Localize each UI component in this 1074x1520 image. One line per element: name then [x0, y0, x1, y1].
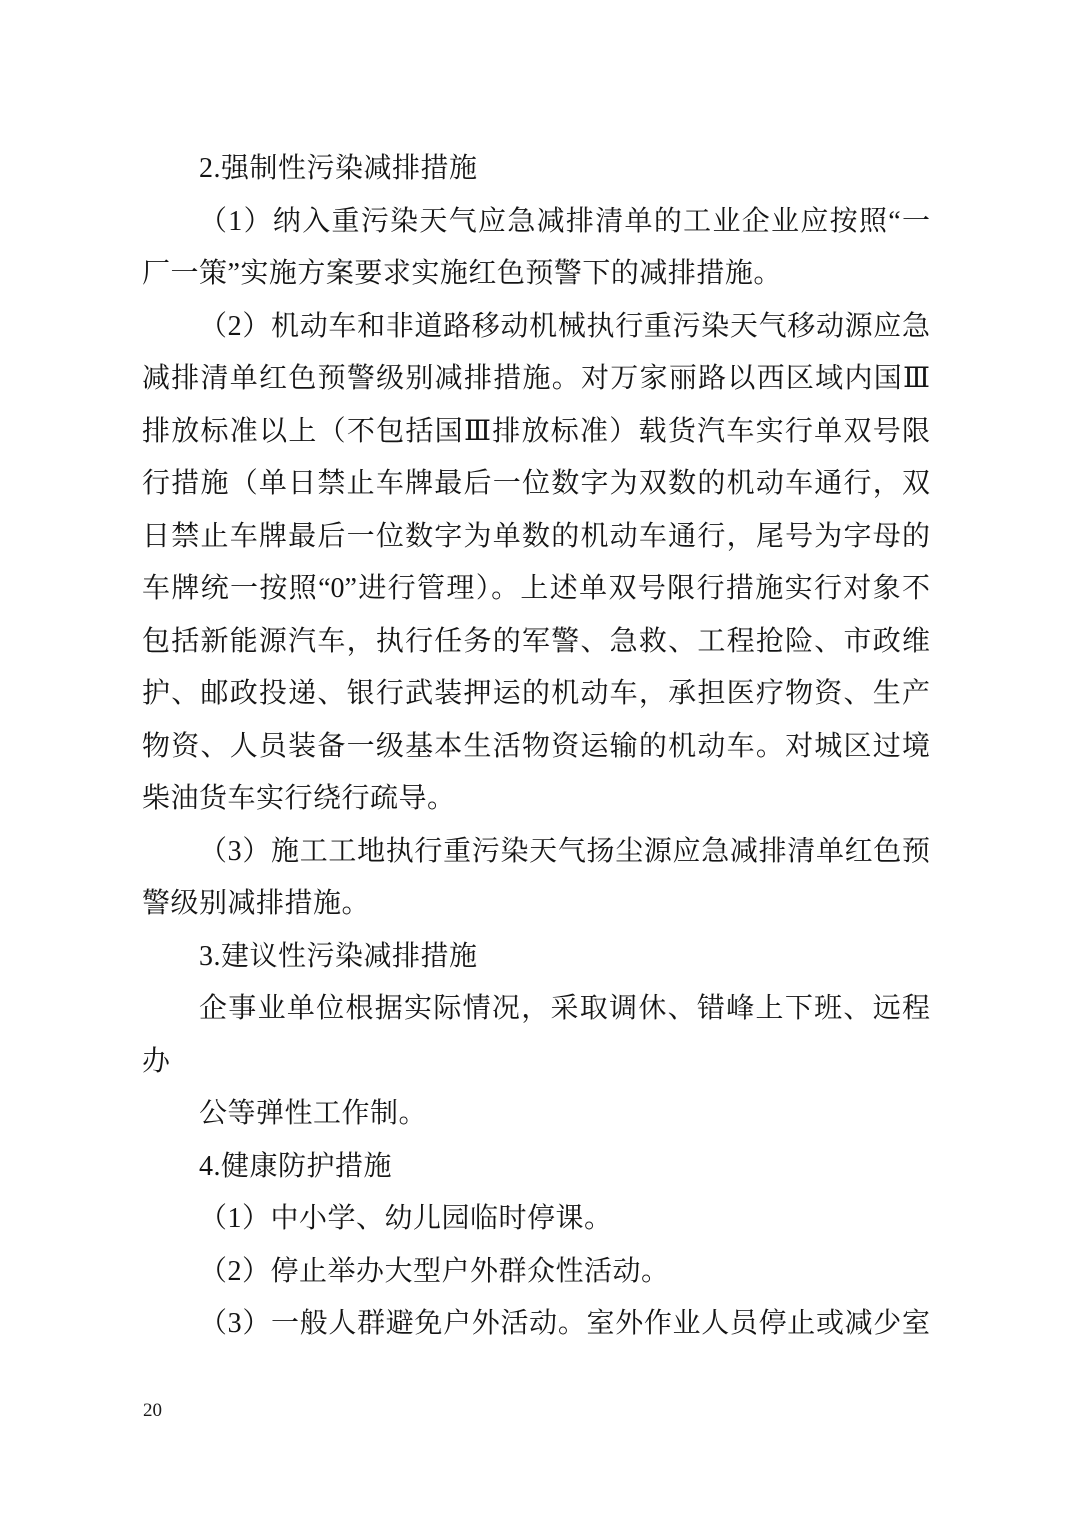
- text-line: （2）机动车和非道路移动机械执行重污染天气移动源应急: [142, 301, 930, 354]
- text-line: 办: [142, 1036, 930, 1089]
- text-line: 车牌统一按照“0”进行管理）。上述单双号限行措施实行对象不: [142, 563, 930, 616]
- text-line: 减排清单红色预警级别减排措施。对万家丽路以西区域内国Ⅲ: [142, 353, 930, 406]
- document-page: 2.强制性污染减排措施 （1）纳入重污染天气应急减排清单的工业企业应按照“一 厂…: [0, 0, 1074, 1520]
- text-line: 警级别减排措施。: [142, 878, 930, 931]
- text-line: 物资、人员装备一级基本生活物资运输的机动车。对城区过境: [142, 721, 930, 774]
- text-line: 柴油货车实行绕行疏导。: [142, 773, 930, 826]
- text-line: 日禁止车牌最后一位数字为单数的机动车通行，尾号为字母的: [142, 511, 930, 564]
- text-line: 4.健康防护措施: [142, 1141, 930, 1194]
- text-line: 公等弹性工作制。: [142, 1088, 930, 1141]
- text-line: 行措施（单日禁止车牌最后一位数字为双数的机动车通行，双: [142, 458, 930, 511]
- text-line: 3.建议性污染减排措施: [142, 931, 930, 984]
- text-line: 2.强制性污染减排措施: [142, 143, 930, 196]
- text-line: 护、邮政投递、银行武装押运的机动车，承担医疗物资、生产: [142, 668, 930, 721]
- text-line: 排放标准以上（不包括国Ⅲ排放标准）载货汽车实行单双号限: [142, 406, 930, 459]
- text-line: （3）施工工地执行重污染天气扬尘源应急减排清单红色预: [142, 826, 930, 879]
- page-number: 20: [143, 1398, 162, 1424]
- text-line: 企事业单位根据实际情况，采取调休、错峰上下班、远程: [142, 983, 930, 1036]
- text-line: （1）纳入重污染天气应急减排清单的工业企业应按照“一: [142, 196, 930, 249]
- text-line: （1）中小学、幼儿园临时停课。: [142, 1193, 930, 1246]
- text-line: 包括新能源汽车，执行任务的军警、急救、工程抢险、市政维: [142, 616, 930, 669]
- text-line: （2）停止举办大型户外群众性活动。: [142, 1246, 930, 1299]
- text-line: （3）一般人群避免户外活动。室外作业人员停止或减少室: [142, 1298, 930, 1351]
- document-body: 2.强制性污染减排措施 （1）纳入重污染天气应急减排清单的工业企业应按照“一 厂…: [142, 143, 930, 1351]
- text-line: 厂一策”实施方案要求实施红色预警下的减排措施。: [142, 248, 930, 301]
